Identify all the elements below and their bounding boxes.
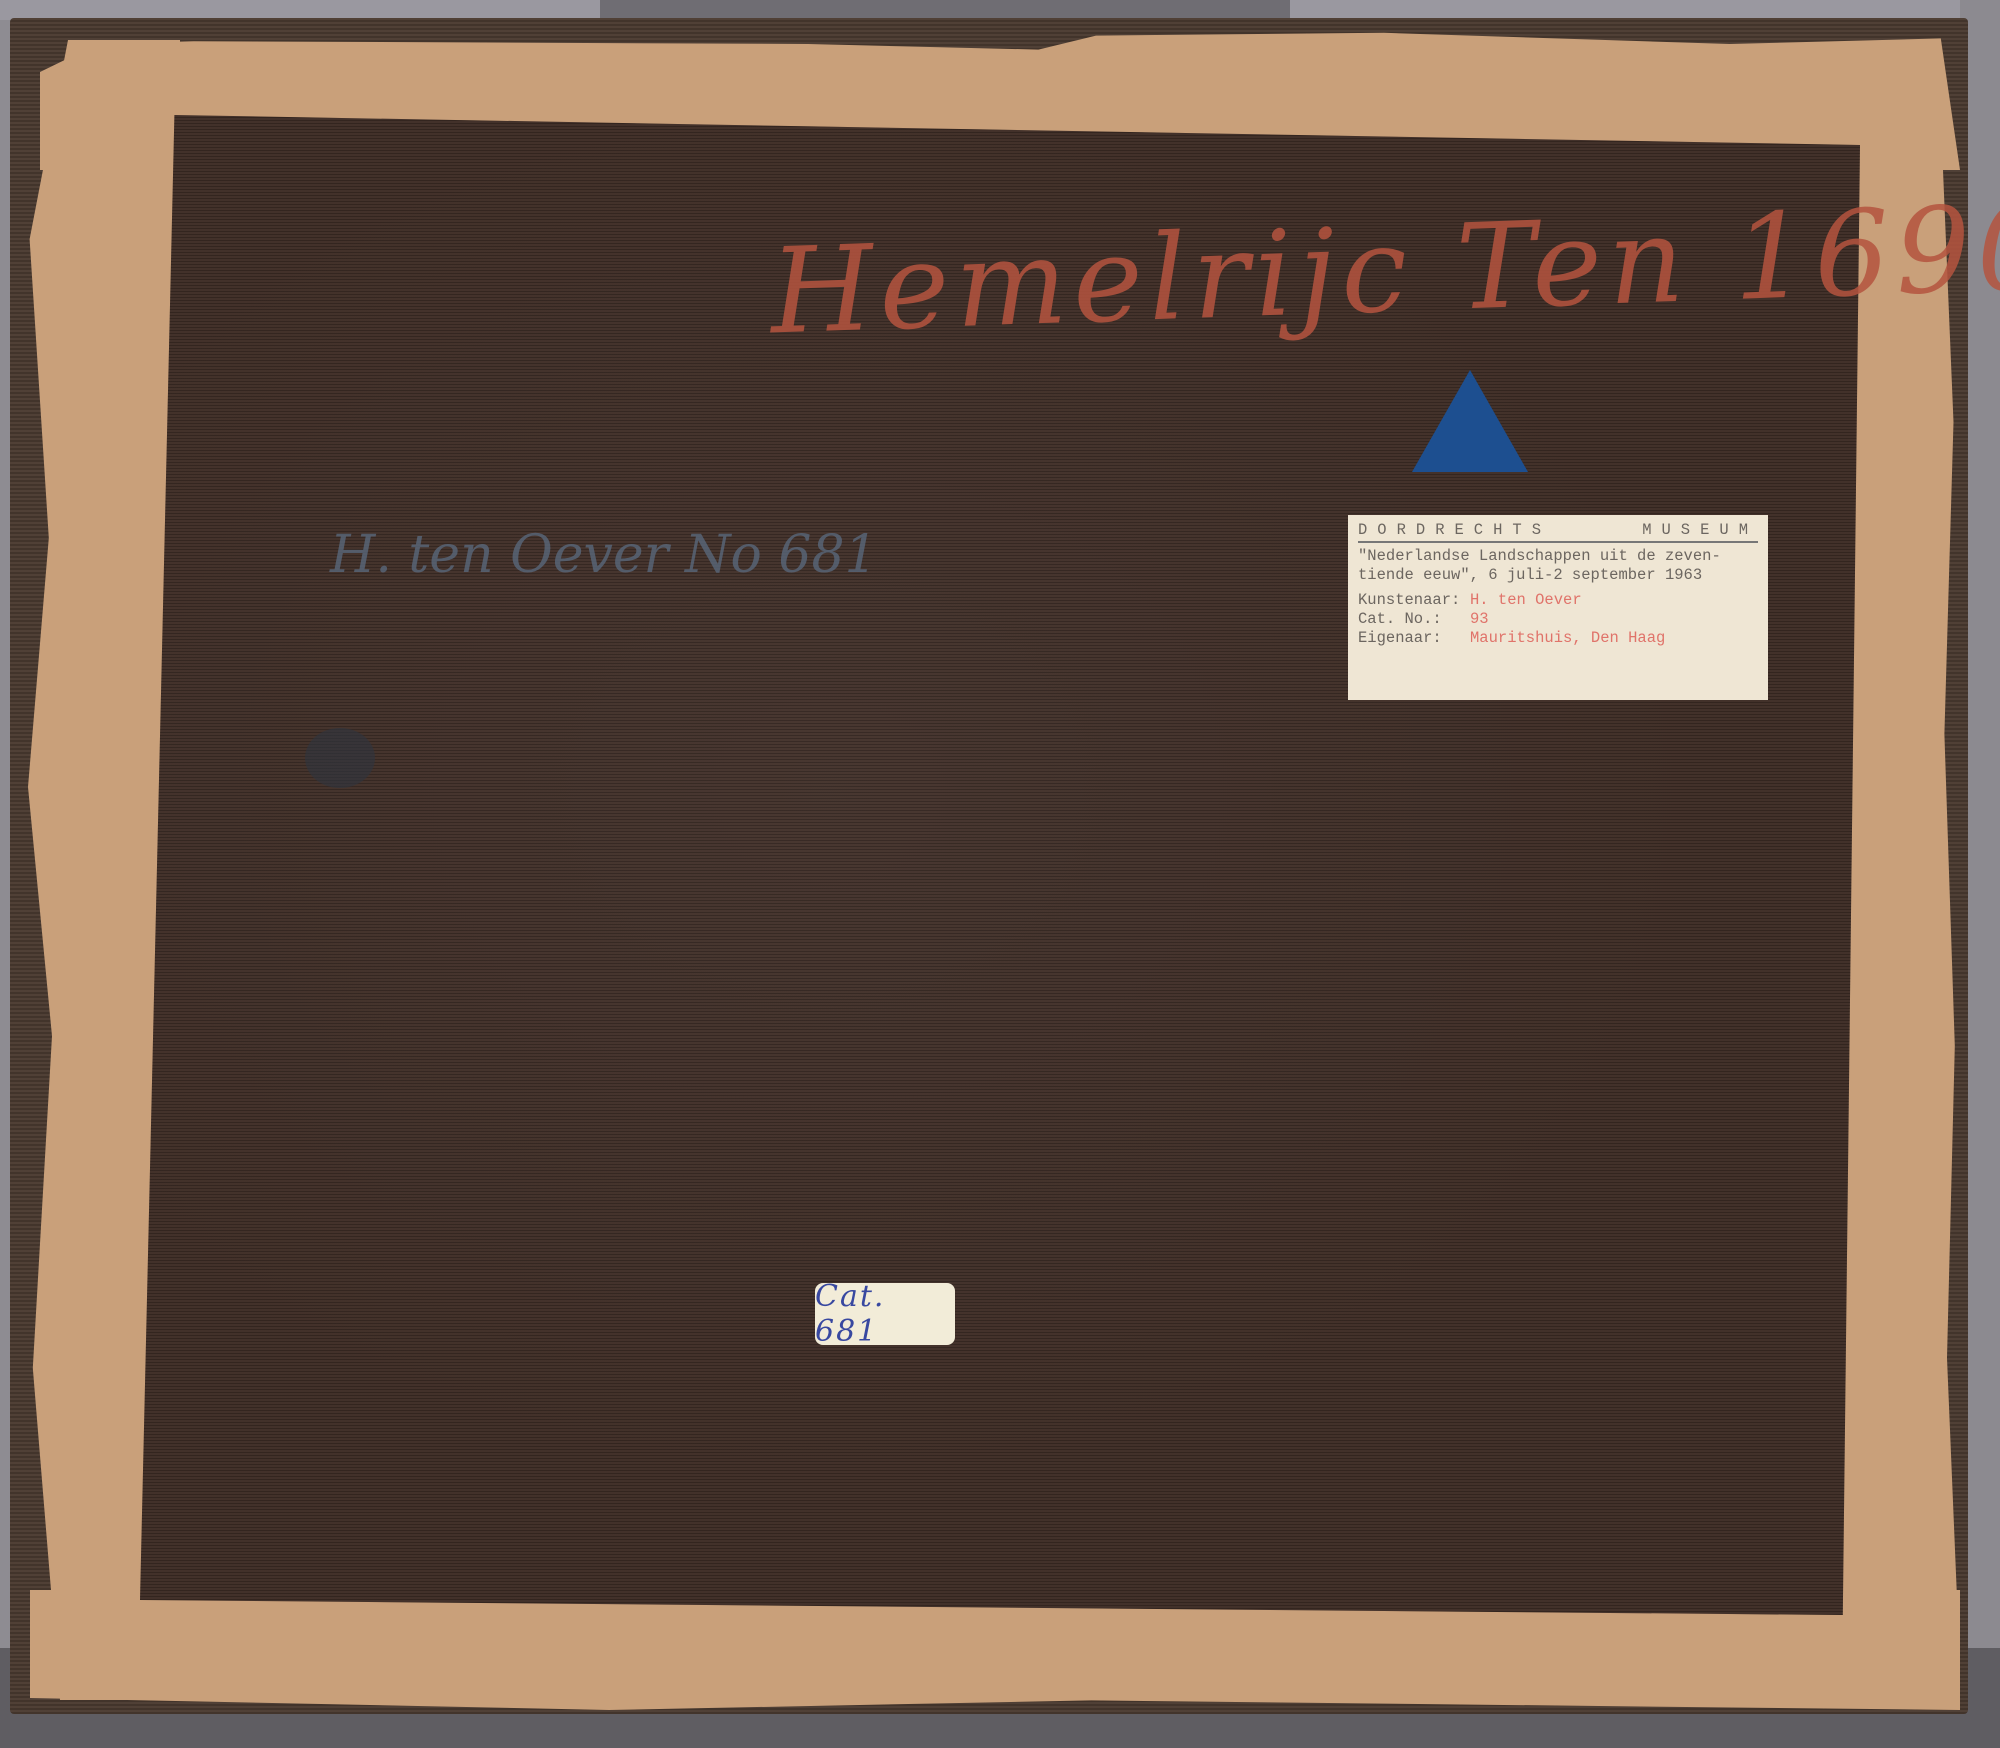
museum-exhibition-label: DORDRECHTS MUSEUM "Nederlandse Landschap…: [1348, 515, 1768, 700]
label-key: Eigenaar:: [1358, 629, 1470, 648]
label-key: Kunstenaar:: [1358, 591, 1470, 610]
label-row-artist: Kunstenaar: H. ten Oever: [1358, 591, 1758, 610]
label-value: 93: [1470, 610, 1489, 629]
label-key: Cat. No.:: [1358, 610, 1470, 629]
label-value: Mauritshuis, Den Haag: [1470, 629, 1665, 648]
label-header: DORDRECHTS MUSEUM: [1358, 521, 1758, 543]
label-row-cat-no: Cat. No.: 93: [1358, 610, 1758, 629]
label-row-owner: Eigenaar: Mauritshuis, Den Haag: [1358, 629, 1758, 648]
blue-pencil-inscription: H. ten Oever No 681: [330, 525, 878, 585]
label-header-right: MUSEUM: [1642, 521, 1758, 540]
background-top-bar: [600, 0, 1290, 18]
dark-stain: [305, 728, 375, 788]
exhibition-line-2: tiende eeuw", 6 juli-2 september 1963: [1358, 566, 1758, 585]
label-header-left: DORDRECHTS: [1358, 521, 1551, 540]
exhibition-line-1: "Nederlandse Landschappen uit de zeven-: [1358, 547, 1758, 566]
blue-triangle-marker: [1412, 370, 1528, 472]
label-value: H. ten Oever: [1470, 591, 1582, 610]
catalogue-number-tag: Cat. 681: [815, 1283, 955, 1345]
